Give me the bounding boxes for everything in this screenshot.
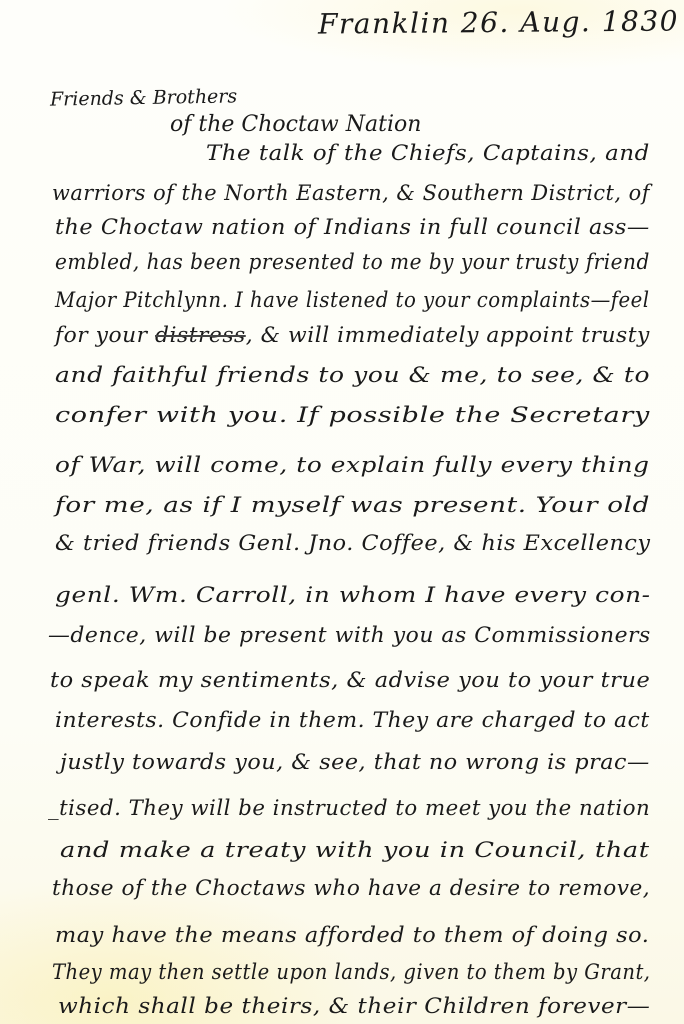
letter-line: for your distress, & will immediately ap… bbox=[55, 325, 650, 346]
letter-line: the Choctaw nation of Indians in full co… bbox=[55, 217, 650, 238]
letter-line: confer with you. If possible the Secreta… bbox=[55, 405, 650, 426]
letter-line: embled, has been presented to me by your… bbox=[55, 252, 650, 273]
salutation-line-1: Friends & Brothers bbox=[50, 85, 238, 110]
letter-line: warriors of the North Eastern, & Souther… bbox=[52, 183, 650, 204]
letter-line: of War, will come, to explain fully ever… bbox=[55, 455, 650, 476]
letter-line: interests. Confide in them. They are cha… bbox=[55, 710, 650, 731]
letter-line: genl. Wm. Carroll, in whom I have every … bbox=[55, 585, 651, 606]
salutation-line-2: of the Choctaw Nation bbox=[170, 112, 421, 137]
letter-line: Major Pitchlynn. I have listened to your… bbox=[55, 290, 650, 311]
letter-line: and faithful friends to you & me, to see… bbox=[55, 365, 650, 386]
struck-word: distress bbox=[155, 323, 246, 347]
letter-line: for me, as if I myself was present. Your… bbox=[55, 495, 650, 516]
letter-line: those of the Choctaws who have a desire … bbox=[52, 878, 650, 899]
letter-line: The talk of the Chiefs, Captains, and bbox=[206, 143, 650, 164]
letter-line: They may then settle upon lands, given t… bbox=[52, 962, 650, 983]
letter-line: justly towards you, & see, that no wrong… bbox=[60, 752, 650, 773]
letter-line: _tised. They will be instructed to meet … bbox=[48, 798, 650, 819]
letter-line: —dence, will be present with you as Comm… bbox=[48, 625, 651, 646]
letter-line: to speak my sentiments, & advise you to … bbox=[50, 670, 650, 691]
letter-line: may have the means afforded to them of d… bbox=[55, 925, 649, 946]
letter-page: Franklin 26. Aug. 1830 Friends & Brother… bbox=[0, 0, 684, 1024]
letter-line: which shall be theirs, & their Children … bbox=[58, 996, 650, 1017]
letter-line: and make a treaty with you in Council, t… bbox=[60, 840, 650, 861]
letter-line: & tried friends Genl. Jno. Coffee, & his… bbox=[55, 533, 651, 554]
letter-dateline: Franklin 26. Aug. 1830 bbox=[318, 4, 679, 40]
